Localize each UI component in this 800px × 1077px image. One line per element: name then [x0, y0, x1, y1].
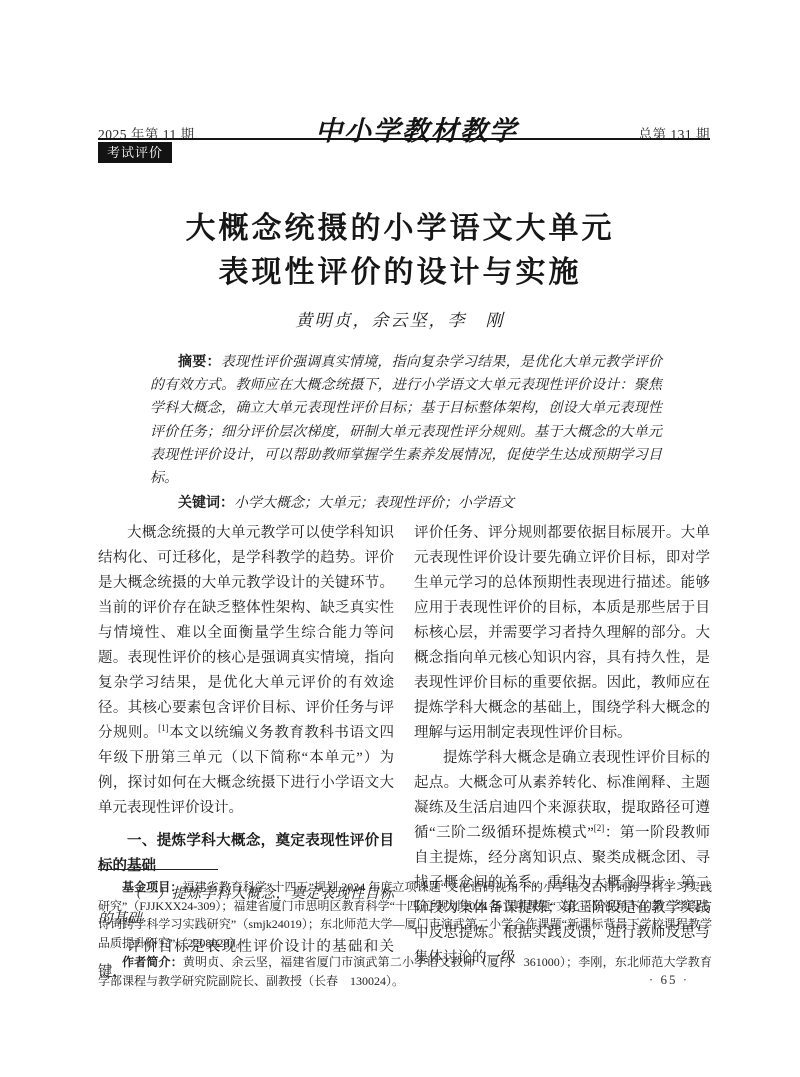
header-rule	[98, 138, 710, 140]
article-title-line1: 大概念统摄的小学语文大单元	[0, 207, 800, 251]
funding-note: 基金项目：福建省教育科学“十四五”规划 2024 年度立项课题“文化语码视角下的…	[98, 878, 712, 952]
article-title: 大概念统摄的小学语文大单元 表现性评价的设计与实施	[0, 207, 800, 295]
footnote-separator	[98, 869, 218, 870]
reference-marker-2: [2]	[594, 823, 605, 833]
footnote-block: 基金项目：福建省教育科学“十四五”规划 2024 年度立项课题“文化语码视角下的…	[98, 878, 712, 991]
text-run: 大概念统摄的大单元教学可以使学科知识结构化、可迁移化，是学科教学的趋势。评价是大…	[98, 525, 394, 741]
section-heading-1: 一、提炼学科大概念，奠定表现性评价目标的基础	[98, 829, 394, 879]
author-bio-label: 作者简介：	[122, 955, 183, 969]
reference-marker-1: [1]	[158, 723, 169, 733]
issue-number-right: 总第 131 期	[639, 123, 711, 143]
author-bio-note: 作者简介：黄明贞、余云坚，福建省厦门市演武第二小学语文教师（厦门 361000）…	[98, 953, 712, 990]
section-badge: 考试评价	[98, 142, 172, 163]
funding-label: 基金项目：	[122, 880, 182, 894]
abstract-block: 摘要：表现性评价强调真实情境，指向复杂学习结果，是优化大单元教学评价的有效方式。…	[150, 350, 662, 515]
abstract-label: 摘要：	[178, 353, 221, 369]
article-title-line2: 表现性评价的设计与实施	[0, 251, 800, 295]
author-bio-text: 黄明贞、余云坚，福建省厦门市演武第二小学语文教师（厦门 361000）；李刚，东…	[98, 955, 712, 988]
keywords-label: 关键词：	[178, 494, 234, 510]
page-number: · 65 ·	[633, 972, 705, 988]
funding-text: 福建省教育科学“十四五”规划 2024 年度立项课题“文化语码视角下的小学语文古…	[98, 880, 712, 950]
body-paragraph-1: 大概念统摄的大单元教学可以使学科知识结构化、可迁移化，是学科教学的趋势。评价是大…	[98, 521, 394, 821]
keywords-text: 小学大概念；大单元；表现性评价；小学语文	[234, 496, 514, 511]
author-byline: 黄明贞，余云坚，李 刚	[0, 306, 800, 331]
journal-page: 2025 年第 11 期 中小学教材教学 总第 131 期 考试评价 大概念统摄…	[0, 0, 800, 1077]
issue-number-left: 2025 年第 11 期	[98, 123, 195, 143]
keywords-paragraph: 关键词：小学大概念；大单元；表现性评价；小学语文	[150, 491, 662, 515]
journal-title: 中小学教材教学	[315, 109, 518, 148]
body-paragraph-2-continued: 评价任务、评分规则都要依据目标展开。大单元表现性评价设计要先确立评价目标，即对学…	[414, 521, 710, 746]
abstract-paragraph: 摘要：表现性评价强调真实情境，指向复杂学习结果，是优化大单元教学评价的有效方式。…	[150, 350, 662, 490]
abstract-text: 表现性评价强调真实情境，指向复杂学习结果，是优化大单元教学评价的有效方式。教师应…	[150, 355, 662, 486]
